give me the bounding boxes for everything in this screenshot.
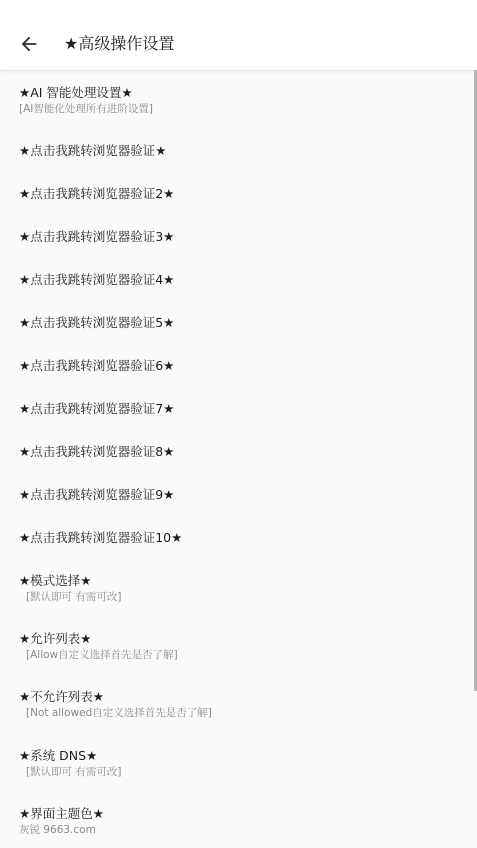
settings-item-title: ★点击我跳转浏览器验证8★ [19, 444, 174, 460]
settings-item-title: ★点击我跳转浏览器验证4★ [19, 272, 174, 288]
settings-item-title: ★系统 DNS★ [19, 748, 97, 764]
settings-item[interactable]: ★点击我跳转浏览器验证2★ [0, 186, 474, 222]
settings-item[interactable]: ★模式选择★[默认即可 有需可改] [0, 573, 474, 623]
settings-item-title: ★允许列表★ [19, 631, 91, 647]
settings-item[interactable]: ★点击我跳转浏览器验证4★ [0, 272, 474, 308]
settings-item[interactable]: ★系统 DNS★[默认即可 有需可改] [0, 748, 474, 798]
settings-item[interactable]: ★点击我跳转浏览器验证8★ [0, 444, 474, 480]
settings-item-subtitle: [默认即可 有需可改] [26, 765, 122, 779]
settings-item-subtitle: [AI智能化处理所有进阶设置] [19, 102, 153, 116]
settings-item-title: ★点击我跳转浏览器验证7★ [19, 401, 174, 417]
settings-item-title: ★点击我跳转浏览器验证★ [19, 143, 166, 159]
page-title: ★高级操作设置 [64, 34, 174, 54]
settings-item-subtitle: [默认即可 有需可改] [26, 590, 122, 604]
settings-item[interactable]: ★点击我跳转浏览器验证10★ [0, 530, 474, 566]
settings-item-title: ★点击我跳转浏览器验证2★ [19, 186, 174, 202]
settings-item-title: ★点击我跳转浏览器验证6★ [19, 358, 174, 374]
settings-item[interactable]: ★点击我跳转浏览器验证7★ [0, 401, 474, 437]
settings-item-title: ★不允许列表★ [19, 689, 104, 705]
settings-item-title: ★点击我跳转浏览器验证5★ [19, 315, 174, 331]
settings-item-title: ★点击我跳转浏览器验证3★ [19, 229, 174, 245]
settings-item-subtitle: [Allow自定义选择首先是否了解] [26, 648, 178, 662]
settings-item-title: ★点击我跳转浏览器验证9★ [19, 487, 174, 503]
settings-item-subtitle: [Not allowed自定义选择首先是否了解] [26, 706, 212, 720]
settings-item[interactable]: ★点击我跳转浏览器验证6★ [0, 358, 474, 394]
settings-item[interactable]: ★点击我跳转浏览器验证3★ [0, 229, 474, 265]
settings-item-title: ★模式选择★ [19, 573, 91, 589]
settings-item-title: ★界面主题色★ [19, 806, 104, 822]
settings-item[interactable]: ★AI 智能处理设置★[AI智能化处理所有进阶设置] [0, 85, 474, 135]
settings-item[interactable]: ★点击我跳转浏览器验证9★ [0, 487, 474, 523]
arrow-left-icon[interactable] [18, 33, 40, 55]
settings-item[interactable]: ★不允许列表★[Not allowed自定义选择首先是否了解] [0, 689, 474, 739]
settings-item-subtitle: 灰锐 9663.com [19, 823, 96, 837]
settings-item-title: ★点击我跳转浏览器验证10★ [19, 530, 182, 546]
settings-item[interactable]: ★界面主题色★灰锐 9663.com [0, 806, 474, 848]
settings-item[interactable]: ★点击我跳转浏览器验证★ [0, 143, 474, 179]
app-bar: ★高级操作设置 [0, 0, 477, 71]
settings-item-title: ★AI 智能处理设置★ [19, 85, 133, 101]
settings-item[interactable]: ★点击我跳转浏览器验证5★ [0, 315, 474, 351]
settings-item[interactable]: ★允许列表★[Allow自定义选择首先是否了解] [0, 631, 474, 681]
